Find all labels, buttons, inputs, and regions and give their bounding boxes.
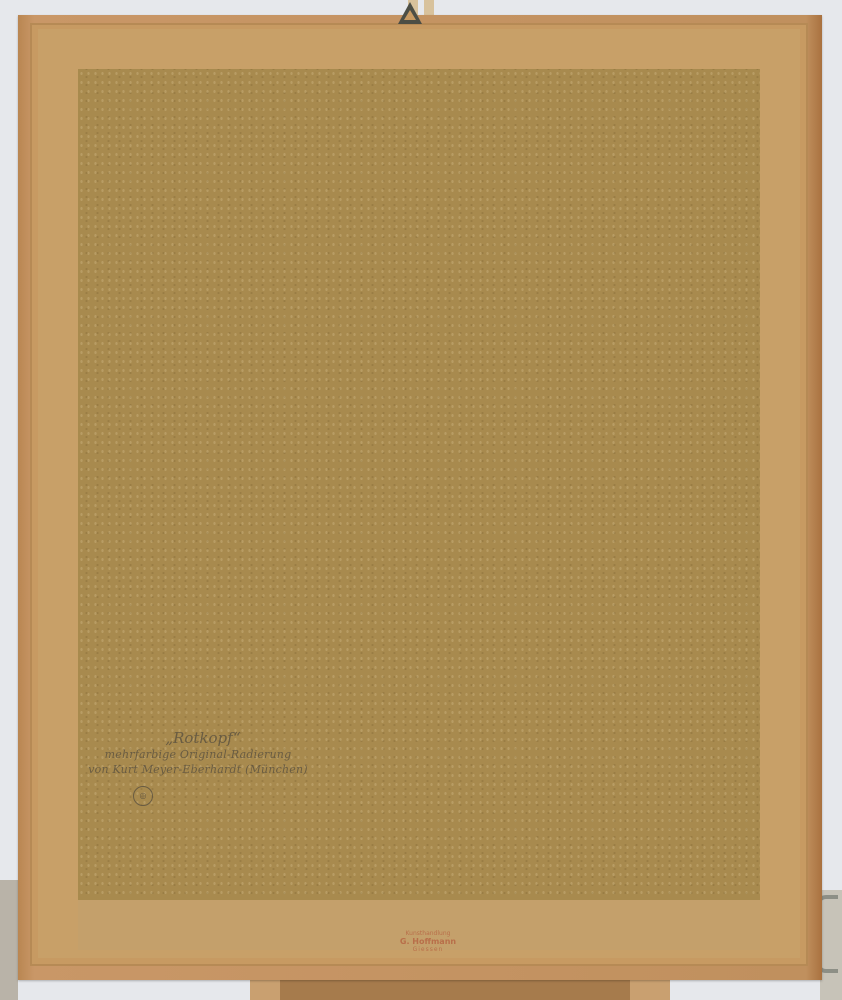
- stamp-line-1: Kunsthandlung: [378, 930, 478, 937]
- artwork-title: „Rotkopf“: [88, 728, 318, 748]
- paper-tape: [38, 29, 800, 958]
- easel-tray-slot: [280, 979, 630, 1000]
- easel-leg-left: [0, 880, 18, 1000]
- stamp-line-3: Giessen: [378, 946, 478, 953]
- pencil-inscription: „Rotkopf“ mehrfarbige Original-Radierung…: [78, 728, 318, 806]
- picture-frame: [18, 15, 822, 980]
- monogram-mark-icon: ◎: [133, 786, 153, 806]
- stamp-line-2: G. Hoffmann: [378, 937, 478, 946]
- technique-line: mehrfarbige Original-Radierung: [78, 748, 318, 763]
- artist-line: von Kurt Meyer-Eberhardt (München): [78, 763, 318, 778]
- frame-rabbet: [30, 23, 808, 966]
- hanger-hole: [404, 10, 416, 20]
- dealer-stamp: Kunsthandlung G. Hoffmann Giessen: [378, 930, 478, 953]
